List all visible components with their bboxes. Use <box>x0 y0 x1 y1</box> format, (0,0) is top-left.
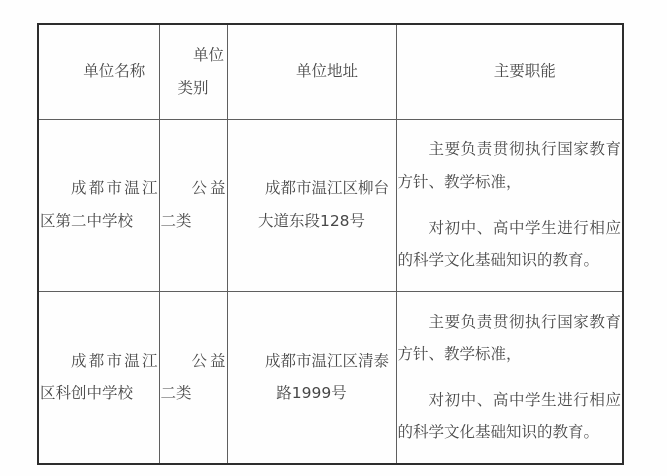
cell-unit-name: 成都市温江区科创中学校 <box>38 291 159 464</box>
table-header-row: 单位名称 单位类别 单位地址 主要职能 <box>38 24 623 119</box>
header-unit-name: 单位名称 <box>38 24 159 119</box>
header-main-functions: 主要职能 <box>396 24 623 119</box>
header-unit-category: 单位类别 <box>159 24 227 119</box>
main-functions-paragraph-1: 主要负责贯彻执行国家教育方针、教学标准， <box>398 133 622 198</box>
main-functions-paragraph-2: 对初中、高中学生进行相应的科学文化基础知识的教育。 <box>398 212 622 277</box>
unit-address-text: 成都市温江区清泰路1999号 <box>229 345 395 410</box>
header-unit-address-label: 单位地址 <box>229 55 395 88</box>
cell-main-functions: 主要负责贯彻执行国家教育方针、教学标准， 对初中、高中学生进行相应的科学文化基础… <box>396 119 623 291</box>
cell-unit-address: 成都市温江区柳台大道东段128号 <box>227 119 396 291</box>
table-row-school-2: 成都市温江区科创中学校 公益二类 成都市温江区清泰路1999号 主要负责贯彻执行… <box>38 291 623 464</box>
main-functions-paragraph-2: 对初中、高中学生进行相应的科学文化基础知识的教育。 <box>398 384 622 449</box>
cell-unit-name: 成都市温江区第二中学校 <box>38 119 159 291</box>
unit-address-text: 成都市温江区柳台大道东段128号 <box>229 172 395 237</box>
main-functions-paragraph-1: 主要负责贯彻执行国家教育方针、教学标准， <box>398 306 622 371</box>
cell-unit-address: 成都市温江区清泰路1999号 <box>227 291 396 464</box>
header-unit-category-label: 单位类别 <box>161 39 226 104</box>
cell-unit-category: 公益二类 <box>159 119 227 291</box>
header-unit-name-label: 单位名称 <box>40 55 158 88</box>
header-unit-address: 单位地址 <box>227 24 396 119</box>
document-page: 单位名称 单位类别 单位地址 主要职能 成都市温江区第二中学校 公益二类 <box>0 0 667 476</box>
unit-name-text: 成都市温江区科创中学校 <box>40 345 158 410</box>
unit-name-text: 成都市温江区第二中学校 <box>40 172 158 237</box>
cell-unit-category: 公益二类 <box>159 291 227 464</box>
cell-main-functions: 主要负责贯彻执行国家教育方针、教学标准， 对初中、高中学生进行相应的科学文化基础… <box>396 291 623 464</box>
unit-category-text: 公益二类 <box>161 172 226 237</box>
header-main-functions-label: 主要职能 <box>398 55 622 88</box>
table-row-school-1: 成都市温江区第二中学校 公益二类 成都市温江区柳台大道东段128号 主要负责贯彻… <box>38 119 623 291</box>
units-table: 单位名称 单位类别 单位地址 主要职能 成都市温江区第二中学校 公益二类 <box>37 23 624 465</box>
unit-category-text: 公益二类 <box>161 345 226 410</box>
